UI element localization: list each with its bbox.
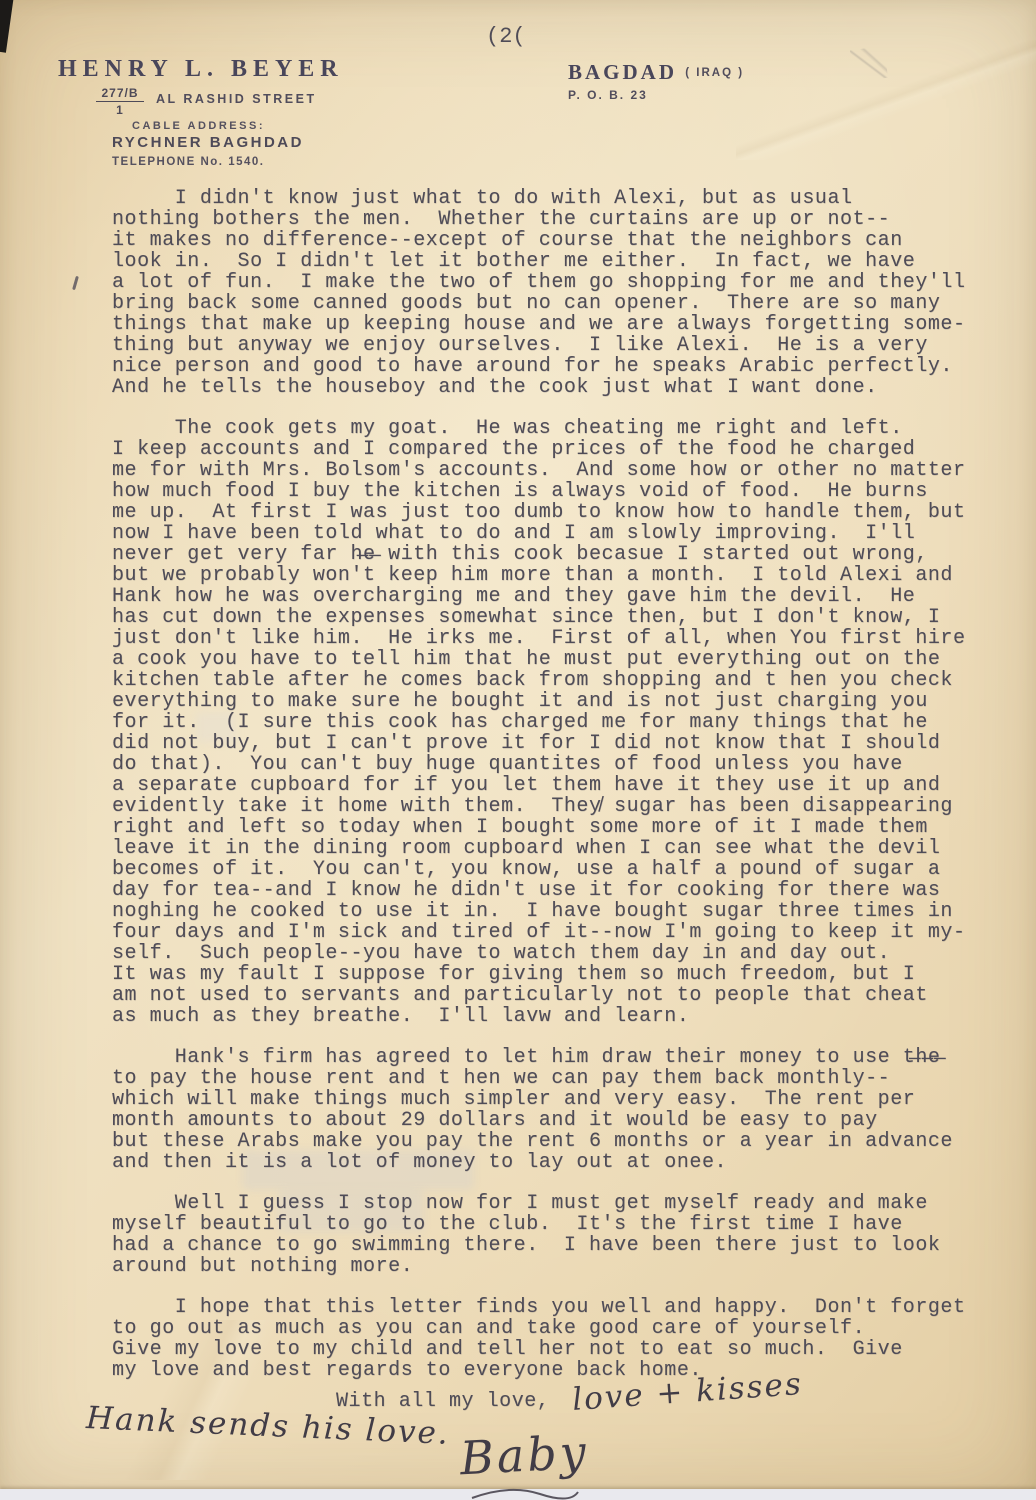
scan-edge-artifact <box>0 0 14 53</box>
faint-pencil-mark <box>850 46 888 82</box>
letterhead-name: HENRY L. BEYER <box>58 56 344 83</box>
signature-underline-swash <box>470 1488 580 1500</box>
letterhead-cable-value: RYCHNER BAGHDAD <box>112 134 304 151</box>
letter-paragraph: Well I guess I stop now for I must get m… <box>112 1193 1002 1277</box>
country-name: ( IRAQ ) <box>685 67 744 79</box>
city-name: BAGDAD <box>568 60 677 84</box>
letterhead-pob: P. O. B. 23 <box>568 88 648 102</box>
letterhead-street-number: 277/B 1 <box>96 86 144 117</box>
signature: Baby <box>459 1425 590 1486</box>
letter-body: I didn't know just what to do with Alexi… <box>112 188 1002 1401</box>
street-number-top: 277/B <box>96 86 144 102</box>
letter-paragraph: The cook gets my goat. He was cheating m… <box>112 418 1002 1027</box>
paper-crease <box>736 40 1036 160</box>
letter-paragraph: I didn't know just what to do with Alexi… <box>112 188 1002 398</box>
letter-paragraph: Hank's firm has agreed to let him draw t… <box>112 1047 1002 1173</box>
scanned-letter-page: (2( HENRY L. BEYER 277/B 1 AL RASHID STR… <box>0 0 1036 1500</box>
street-number-bottom: 1 <box>96 102 144 117</box>
letterhead-city: BAGDAD ( IRAQ ) <box>568 60 744 85</box>
closing-typed: With all my love, <box>336 1390 549 1413</box>
letterhead-telephone: TELEPHONE No. 1540. <box>112 156 264 168</box>
letter-paragraph: I hope that this letter finds you well a… <box>112 1297 1002 1381</box>
letterhead-cable-label: CABLE ADDRESS: <box>132 120 265 132</box>
letterhead-street: AL RASHID STREET <box>156 92 317 106</box>
page-number: (2( <box>486 24 526 49</box>
pen-tick-mark <box>72 276 79 290</box>
